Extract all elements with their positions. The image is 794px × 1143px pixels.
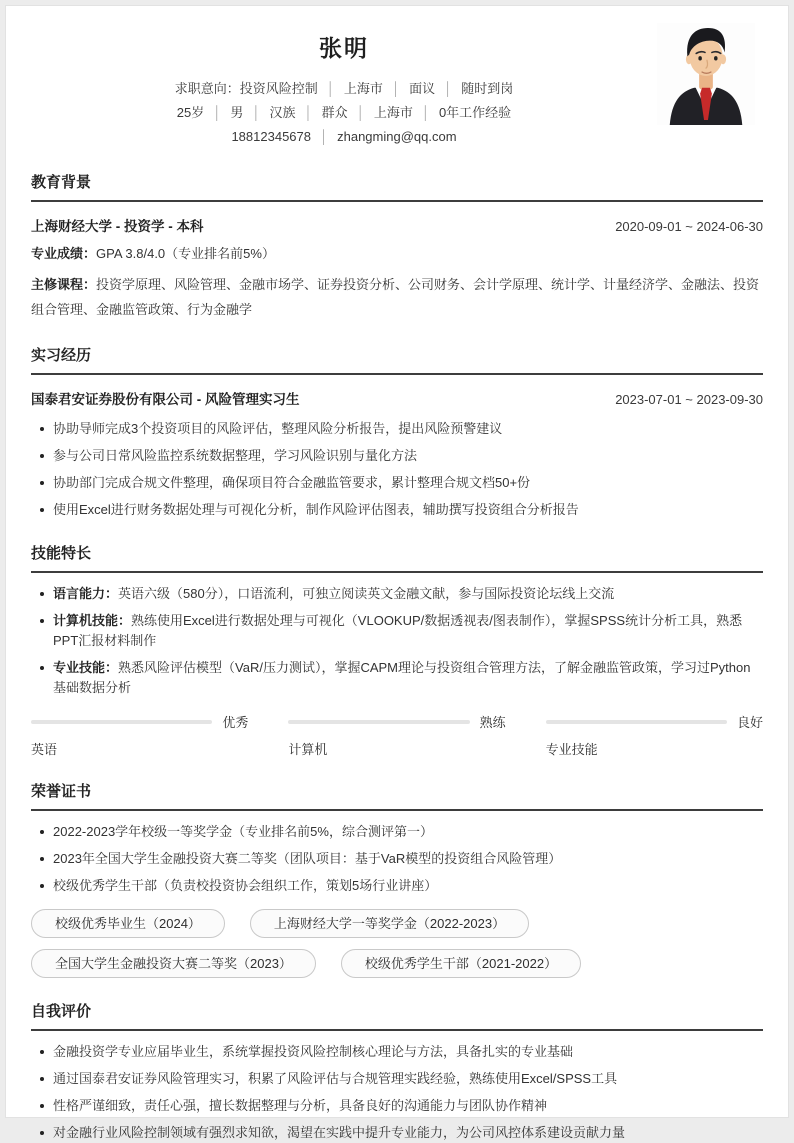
list-item: 协助导师完成3个投资项目的风险评估，整理风险分析报告，提出风险预警建议 [31, 419, 763, 439]
honor-tag: 校级优秀毕业生（2024） [31, 909, 225, 938]
separator: │ [252, 105, 260, 120]
bullet-icon [40, 481, 44, 485]
experience-bullet-list: 协助导师完成3个投资项目的风险评估，整理风险分析报告，提出风险预警建议 参与公司… [31, 419, 763, 520]
bullet-icon [40, 1050, 44, 1054]
separator: │ [305, 105, 313, 120]
work-years: 0年工作经验 [439, 105, 511, 120]
skill-name: 英语 [31, 739, 248, 758]
bullet-text: 性格严谨细致，责任心强，擅长数据整理与分析，具备良好的沟通能力与团队协作精神 [53, 1096, 547, 1116]
skill-bar-professional: 良好 专业技能 [546, 712, 763, 758]
skill-label: 专业技能： [53, 660, 118, 675]
separator: │ [327, 81, 335, 96]
skill-detail: 熟悉风险评估模型（VaR/压力测试），掌握CAPM理论与投资组合管理方法，了解金… [53, 660, 750, 695]
skill-name: 专业技能 [546, 739, 763, 758]
skill-detail: 英语六级（580分），口语流利，可独立阅读英文金融文献，参与国际投资论坛线上交流 [118, 586, 614, 601]
bullet-icon [40, 666, 44, 670]
list-item: 金融投资学专业应届毕业生，系统掌握投资风险控制核心理论与方法，具备扎实的专业基础 [31, 1042, 763, 1062]
skill-level: 优秀 [222, 712, 248, 731]
bullet-text: 校级优秀学生干部（负责校投资协会组织工作，策划5场行业讲座） [53, 876, 437, 896]
skill-bar-english: 优秀 英语 [31, 712, 248, 758]
intent-salary: 面议 [409, 81, 435, 96]
bullet-icon [40, 884, 44, 888]
section-self-evaluation: 自我评价 金融投资学专业应届毕业生，系统掌握投资风险控制核心理论与方法，具备扎实… [31, 1000, 763, 1123]
avatar-illustration [657, 22, 755, 126]
gpa-value: GPA 3.8/4.0（专业排名前5%） [96, 246, 275, 261]
bar-row: 熟练 [288, 712, 505, 731]
skill-level: 熟练 [480, 712, 506, 731]
section-title: 实习经历 [31, 344, 763, 375]
bar-row: 优秀 [31, 712, 248, 731]
bullet-text: 使用Excel进行财务数据处理与可视化分析，制作风险评估图表，辅助撰写投资组合分… [53, 500, 579, 520]
section-title: 自我评价 [31, 1000, 763, 1031]
bullet-icon [40, 1104, 44, 1108]
list-item: 性格严谨细致，责任心强，擅长数据整理与分析，具备良好的沟通能力与团队协作精神 [31, 1096, 763, 1116]
section-honors: 荣誉证书 2022-2023学年校级一等奖学金（专业排名前5%，综合测评第一） … [31, 780, 763, 978]
list-item: 计算机技能：熟练使用Excel进行数据处理与可视化（VLOOKUP/数据透视表/… [31, 611, 763, 651]
phone-number: 18812345678 [231, 129, 311, 144]
honor-tag: 全国大学生金融投资大赛二等奖（2023） [31, 949, 316, 978]
email-address: zhangming@qq.com [337, 129, 456, 144]
header-text-block: 张明 求职意向：投资风险控制│上海市│面议│随时到岗 25岁│男│汉族│群众│上… [31, 22, 657, 149]
bullet-icon [40, 830, 44, 834]
skill-bar-computer: 熟练 计算机 [288, 712, 505, 758]
separator: │ [392, 81, 400, 96]
skill-name: 计算机 [288, 739, 505, 758]
list-item: 语言能力：英语六级（580分），口语流利，可独立阅读英文金融文献，参与国际投资论… [31, 584, 763, 604]
section-education: 教育背景 上海财经大学 - 投资学 - 本科 2020-09-01 ~ 2024… [31, 171, 763, 322]
list-item: 通过国泰君安证券风险管理实习，积累了风险评估与合规管理实践经验，熟练使用Exce… [31, 1069, 763, 1089]
education-entry-head: 上海财经大学 - 投资学 - 本科 2020-09-01 ~ 2024-06-3… [31, 215, 763, 235]
bullet-text: 协助部门完成合规文件整理，确保项目符合金融监管要求，累计整理合规文档50+份 [53, 473, 530, 493]
bullet-icon [40, 592, 44, 596]
bullet-text: 语言能力：英语六级（580分），口语流利，可独立阅读英文金融文献，参与国际投资论… [53, 584, 614, 604]
skill-label: 语言能力： [53, 586, 118, 601]
separator: │ [357, 105, 365, 120]
progress-bar [546, 720, 727, 724]
bullet-text: 参与公司日常风险监控系统数据整理，学习风险识别与量化方法 [53, 446, 417, 466]
courses-value: 投资学原理、风险管理、金融市场学、证券投资分析、公司财务、会计学原理、统计学、计… [31, 277, 759, 317]
bullet-icon [40, 454, 44, 458]
skills-bullet-list: 语言能力：英语六级（580分），口语流利，可独立阅读英文金融文献，参与国际投资论… [31, 584, 763, 698]
honor-tag: 校级优秀学生干部（2021-2022） [341, 949, 581, 978]
gpa-label: 专业成绩： [31, 246, 96, 261]
header: 张明 求职意向：投资风险控制│上海市│面议│随时到岗 25岁│男│汉族│群众│上… [31, 22, 763, 149]
gpa-line: 专业成绩：GPA 3.8/4.0（专业排名前5%） [31, 241, 763, 266]
courses-line: 主修课程：投资学原理、风险管理、金融市场学、证券投资分析、公司财务、会计学原理、… [31, 272, 763, 322]
company-role: 国泰君安证券股份有限公司 - 风险管理实习生 [31, 388, 300, 408]
list-item: 校级优秀学生干部（负责校投资协会组织工作，策划5场行业讲座） [31, 876, 763, 896]
separator: │ [320, 129, 328, 144]
job-intent-line: 求职意向：投资风险控制│上海市│面议│随时到岗 [31, 77, 657, 101]
contact-line: 18812345678│zhangming@qq.com [31, 125, 657, 149]
honors-bullet-list: 2022-2023学年校级一等奖学金（专业排名前5%，综合测评第一） 2023年… [31, 822, 763, 896]
intent-position: 求职意向：投资风险控制 [175, 81, 318, 96]
separator: │ [444, 81, 452, 96]
ethnicity: 汉族 [270, 105, 296, 120]
section-title: 荣誉证书 [31, 780, 763, 811]
separator: │ [213, 105, 221, 120]
list-item: 专业技能：熟悉风险评估模型（VaR/压力测试），掌握CAPM理论与投资组合管理方… [31, 658, 763, 698]
courses-label: 主修课程： [31, 277, 96, 292]
skill-level-bars: 优秀 英语 熟练 计算机 良好 专业技能 [31, 712, 763, 758]
date-range: 2023-07-01 ~ 2023-09-30 [615, 392, 763, 407]
location: 上海市 [374, 105, 413, 120]
bullet-text: 2023年全国大学生金融投资大赛二等奖（团队项目：基于VaR模型的投资组合风险管… [53, 849, 561, 869]
skill-level: 良好 [737, 712, 763, 731]
gender: 男 [230, 105, 243, 120]
self-evaluation-bullet-list: 金融投资学专业应届毕业生，系统掌握投资风险控制核心理论与方法，具备扎实的专业基础… [31, 1042, 763, 1123]
bullet-icon [40, 857, 44, 861]
personal-info-line: 25岁│男│汉族│群众│上海市│0年工作经验 [31, 101, 657, 125]
list-item: 使用Excel进行财务数据处理与可视化分析，制作风险评估图表，辅助撰写投资组合分… [31, 500, 763, 520]
skill-detail: 熟练使用Excel进行数据处理与可视化（VLOOKUP/数据透视表/图表制作），… [53, 613, 742, 648]
bullet-text: 专业技能：熟悉风险评估模型（VaR/压力测试），掌握CAPM理论与投资组合管理方… [53, 658, 763, 698]
political-status: 群众 [322, 105, 348, 120]
section-skills: 技能特长 语言能力：英语六级（580分），口语流利，可独立阅读英文金融文献，参与… [31, 542, 763, 758]
bullet-icon [40, 1077, 44, 1081]
date-range: 2020-09-01 ~ 2024-06-30 [615, 219, 763, 234]
experience-entry-head: 国泰君安证券股份有限公司 - 风险管理实习生 2023-07-01 ~ 2023… [31, 388, 763, 408]
section-experience: 实习经历 国泰君安证券股份有限公司 - 风险管理实习生 2023-07-01 ~… [31, 344, 763, 520]
age: 25岁 [177, 105, 204, 120]
honor-tag: 上海财经大学一等奖学金（2022-2023） [250, 909, 529, 938]
skill-label: 计算机技能： [53, 613, 131, 628]
bullet-text: 金融投资学专业应届毕业生，系统掌握投资风险控制核心理论与方法，具备扎实的专业基础 [53, 1042, 573, 1062]
resume-page: 张明 求职意向：投资风险控制│上海市│面议│随时到岗 25岁│男│汉族│群众│上… [5, 5, 789, 1118]
bullet-text: 通过国泰君安证券风险管理实习，积累了风险评估与合规管理实践经验，熟练使用Exce… [53, 1069, 617, 1089]
section-title: 教育背景 [31, 171, 763, 202]
list-item: 2023年全国大学生金融投资大赛二等奖（团队项目：基于VaR模型的投资组合风险管… [31, 849, 763, 869]
bullet-icon [40, 508, 44, 512]
list-item: 2022-2023学年校级一等奖学金（专业排名前5%，综合测评第一） [31, 822, 763, 842]
profile-photo [657, 22, 755, 126]
list-item: 协助部门完成合规文件整理，确保项目符合金融监管要求，累计整理合规文档50+份 [31, 473, 763, 493]
intent-availability: 随时到岗 [461, 81, 513, 96]
candidate-name: 张明 [31, 30, 657, 63]
section-title: 技能特长 [31, 542, 763, 573]
progress-bar [31, 720, 212, 724]
bullet-text: 2022-2023学年校级一等奖学金（专业排名前5%，综合测评第一） [53, 822, 433, 842]
progress-bar [288, 720, 469, 724]
list-item: 参与公司日常风险监控系统数据整理，学习风险识别与量化方法 [31, 446, 763, 466]
bar-row: 良好 [546, 712, 763, 731]
school-major-degree: 上海财经大学 - 投资学 - 本科 [31, 215, 204, 235]
bullet-text: 协助导师完成3个投资项目的风险评估，整理风险分析报告，提出风险预警建议 [53, 419, 502, 439]
bullet-icon [40, 427, 44, 431]
honor-tag-list: 校级优秀毕业生（2024） 上海财经大学一等奖学金（2022-2023） 全国大… [31, 909, 763, 978]
bullet-icon [40, 619, 44, 623]
separator: │ [422, 105, 430, 120]
bullet-text: 计算机技能：熟练使用Excel进行数据处理与可视化（VLOOKUP/数据透视表/… [53, 611, 763, 651]
intent-city: 上海市 [344, 81, 383, 96]
